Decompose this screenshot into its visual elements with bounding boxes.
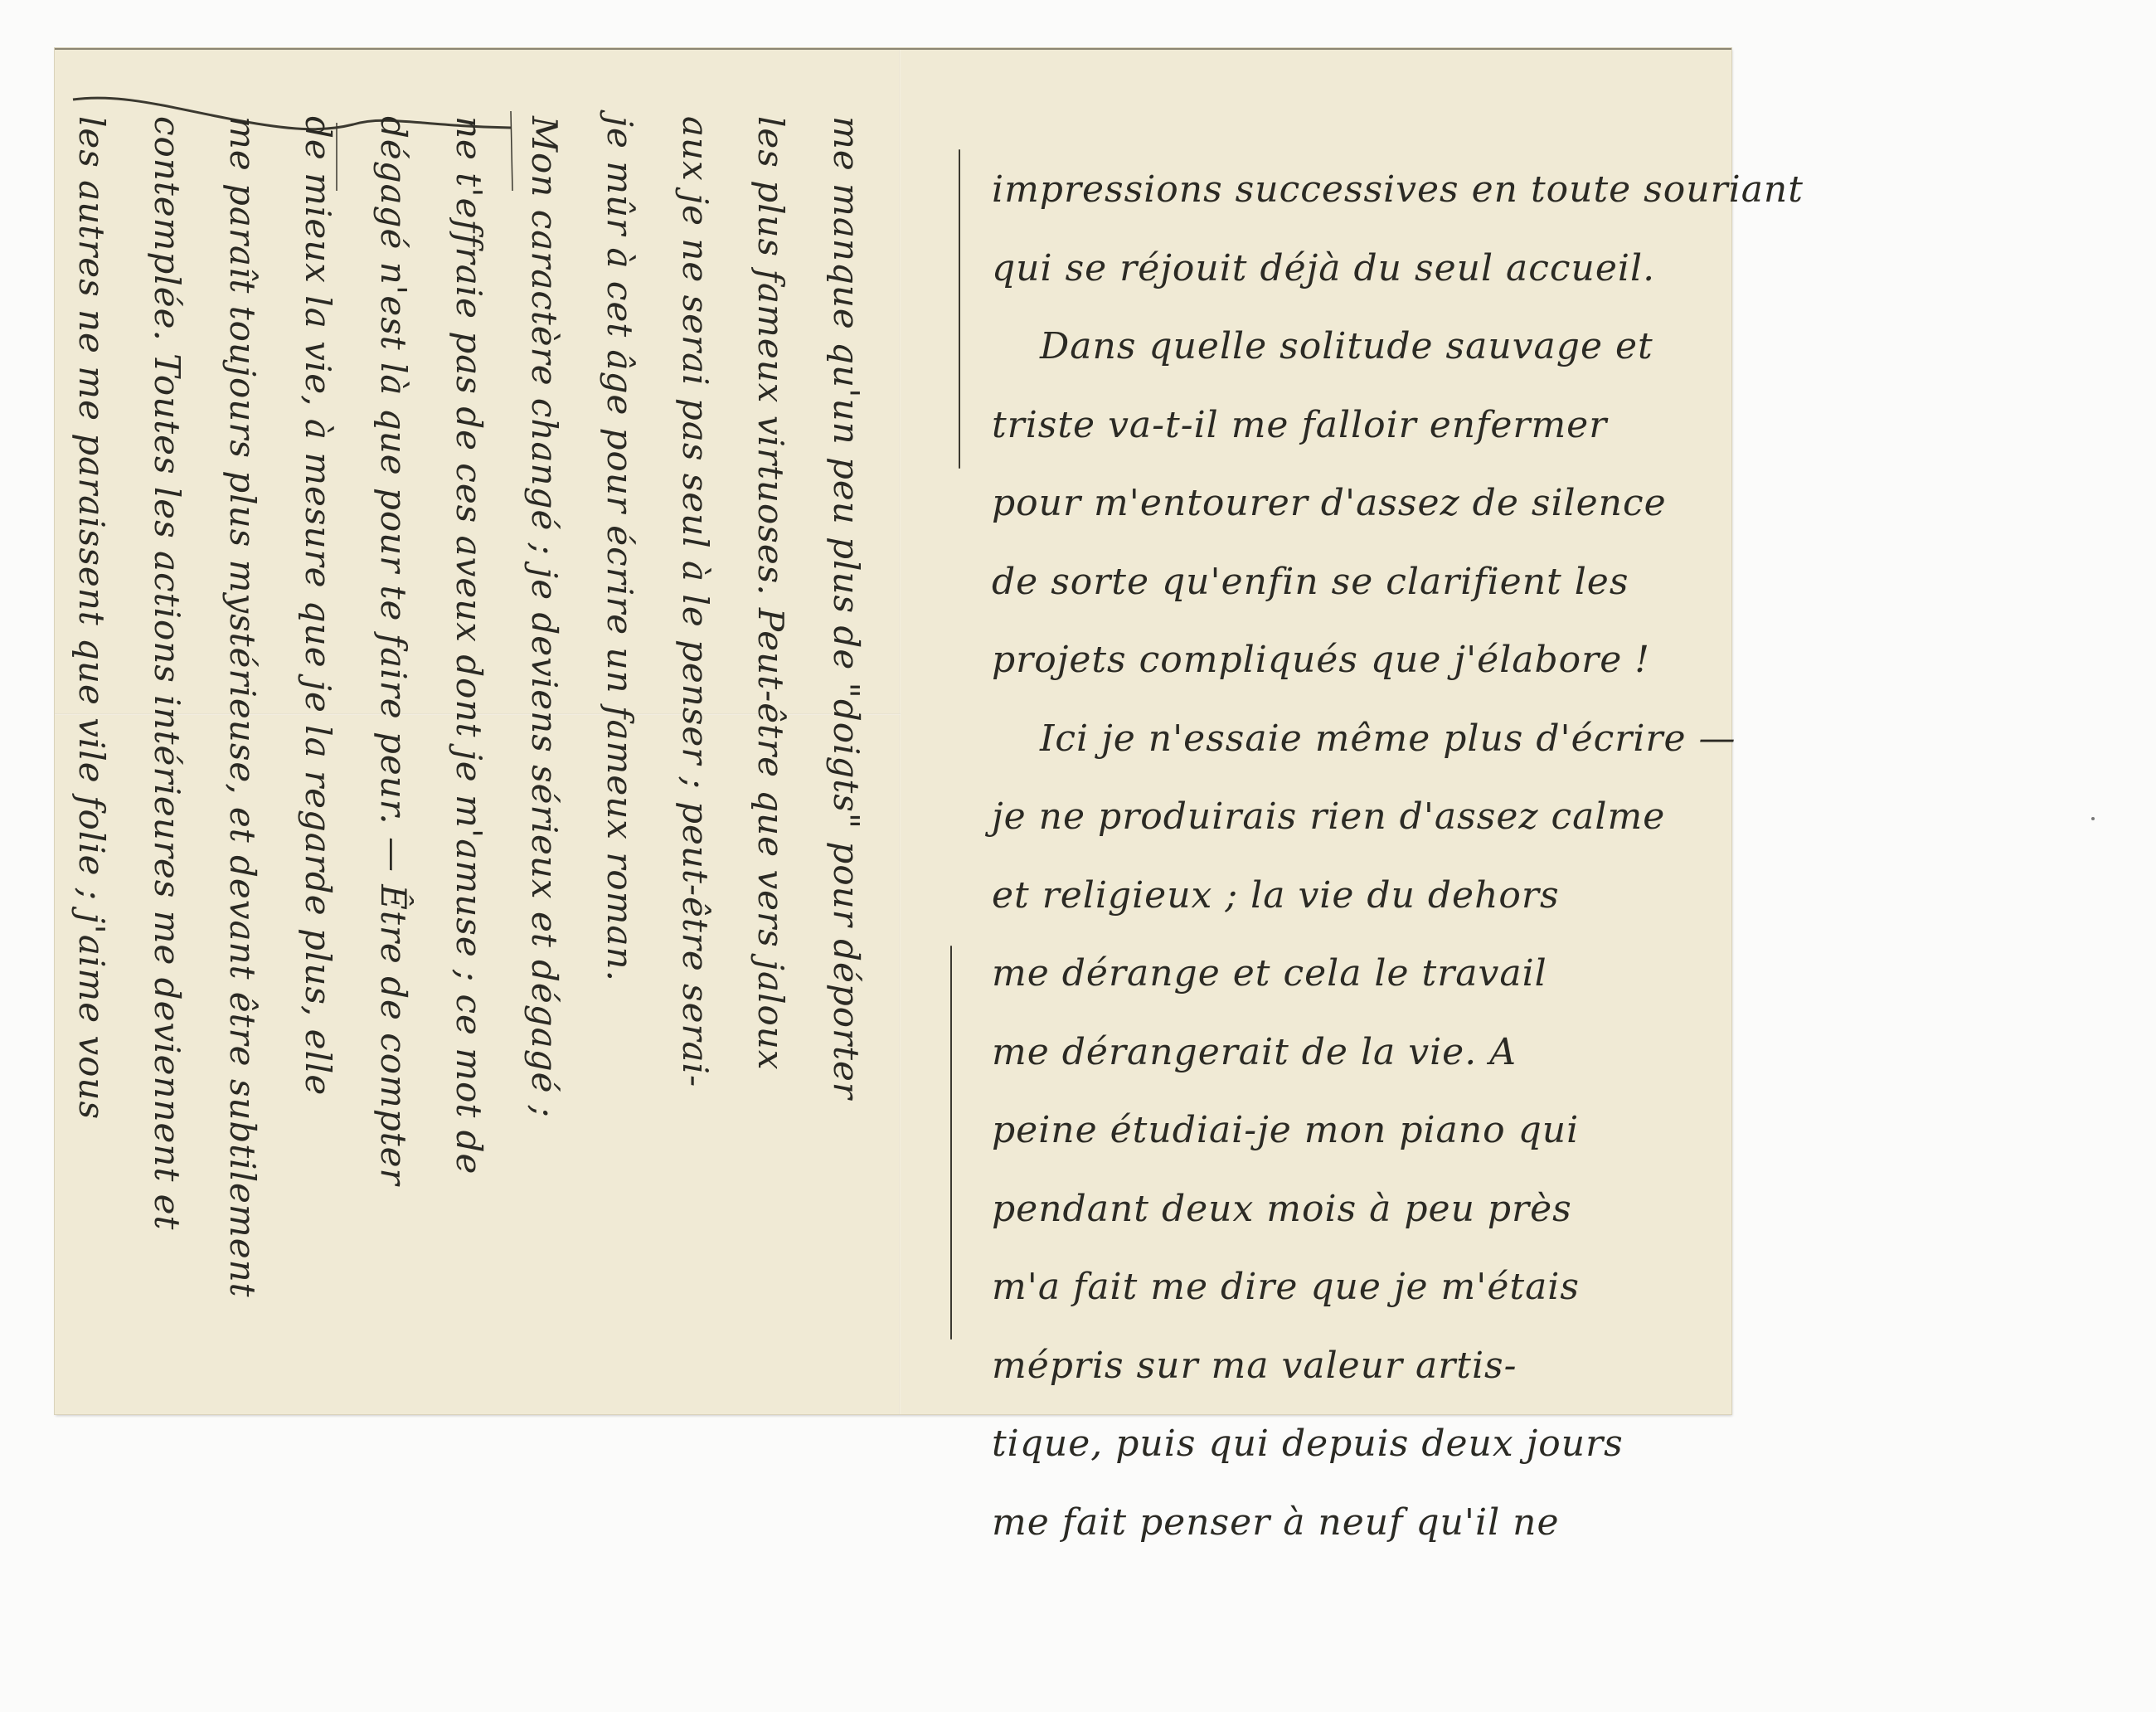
right-line-11: me dérange et cela le travail — [992, 935, 1721, 1014]
right-line-13: peine étudiai-je mon piano qui — [992, 1092, 1721, 1170]
right-line-5: pour m'entourer d'assez de silence — [992, 464, 1721, 543]
left-line-2: les plus fameux virtuoses. Peut-être que… — [733, 116, 808, 1410]
left-line-10: contemplée. Toutes les actions intérieur… — [129, 116, 205, 1410]
right-page-text: impressions successives en toute sourian… — [992, 151, 1721, 1562]
left-page-text: me manque qu'un peu plus de "doigts" pou… — [55, 116, 884, 1410]
scanner-speck — [2091, 817, 2095, 820]
right-line-17: tique, puis qui depuis deux jours — [992, 1405, 1721, 1484]
left-line-8: de mieux la vie, à mesure que je la rega… — [280, 116, 356, 1410]
right-line-16: mépris sur ma valeur artis- — [992, 1327, 1721, 1406]
left-line-9: me paraît toujours plus mystérieuse, et … — [205, 116, 280, 1410]
left-line-11: les autres ne me paraissent que vile fol… — [55, 116, 129, 1410]
letter-sheet: me manque qu'un peu plus de "doigts" pou… — [55, 48, 1731, 1414]
margin-line-top — [959, 149, 960, 469]
center-fold — [899, 50, 901, 1414]
right-line-1: impressions successives en toute sourian… — [992, 151, 1721, 230]
left-line-7: dégagé n'est là que pour te faire peur. … — [356, 116, 431, 1410]
right-line-2: qui se réjouit déjà du seul accueil. — [992, 230, 1721, 309]
right-line-18: me fait penser à neuf qu'il ne — [992, 1484, 1721, 1563]
left-line-3: aux je ne serai pas seul à le penser ; p… — [658, 116, 733, 1410]
right-page: impressions successives en toute sourian… — [934, 108, 1713, 1402]
right-line-15: m'a fait me dire que je m'étais — [992, 1248, 1721, 1327]
right-line-4: triste va-t-il me falloir enfermer — [992, 387, 1721, 465]
right-line-7: projets compliqués que j'élabore ! — [992, 621, 1721, 700]
right-line-10: et religieux ; la vie du dehors — [992, 857, 1721, 936]
right-line-9: je ne produirais rien d'assez calme — [992, 778, 1721, 857]
left-page: me manque qu'un peu plus de "doigts" pou… — [55, 50, 899, 1414]
margin-line-bottom — [950, 946, 952, 1340]
right-line-3: Dans quelle solitude sauvage et — [992, 308, 1721, 387]
right-line-14: pendant deux mois à peu près — [992, 1170, 1721, 1249]
left-line-6: ne t'effraie pas de ces aveux dont je m'… — [431, 116, 507, 1410]
right-line-12: me dérangerait de la vie. A — [992, 1014, 1721, 1092]
left-line-1: me manque qu'un peu plus de "doigts" pou… — [808, 116, 884, 1410]
left-line-4: je mûr à cet âge pour écrire un fameux r… — [582, 116, 658, 1410]
right-line-6: de sorte qu'enfin se clarifient les — [992, 543, 1721, 622]
left-line-5: Mon caractère changé ; je deviens sérieu… — [507, 116, 582, 1410]
right-line-8: Ici je n'essaie même plus d'écrire — — [992, 700, 1721, 779]
